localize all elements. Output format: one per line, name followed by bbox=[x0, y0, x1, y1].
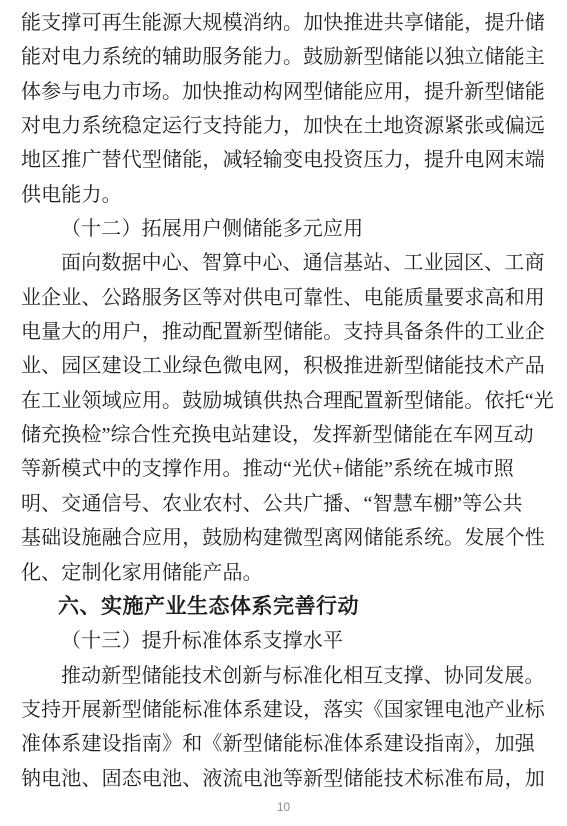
text-line: 能支撑可再生能源大规模消纳。加快推进共享储能，提升储 bbox=[21, 6, 545, 40]
text-line: 钠电池、固态电池、液流电池等新型储能技术标准布局，加 bbox=[21, 762, 545, 796]
paragraph-user-side-storage: 面向数据中心、智算中心、通信基站、工业园区、工商 业企业、公路服务区等对供电可靠… bbox=[21, 246, 545, 589]
section-subheading-12: （十二）拓展用户侧储能多元应用 bbox=[21, 212, 545, 246]
text-line: 等新模式中的支撑作用。推动“光伏+储能”系统在城市照 bbox=[21, 452, 545, 486]
section-heading-6: 六、实施产业生态体系完善行动 bbox=[21, 590, 545, 624]
text-line: 面向数据中心、智算中心、通信基站、工业园区、工商 bbox=[21, 246, 545, 280]
text-line: 化、定制化家用储能产品。 bbox=[21, 556, 545, 590]
text-line: 电量大的用户，推动配置新型储能。支持具备条件的工业企 bbox=[21, 315, 545, 349]
text-line: 明、交通信号、农业农村、公共广播、“智慧车棚”等公共 bbox=[21, 487, 545, 521]
text-line: 供电能力。 bbox=[21, 178, 545, 212]
text-line: 业企业、公路服务区等对供电可靠性、电能质量要求高和用 bbox=[21, 281, 545, 315]
section-subheading-13: （十三）提升标准体系支撑水平 bbox=[21, 624, 545, 658]
text-line: 准体系建设指南》和《新型储能标准体系建设指南》，加强 bbox=[21, 727, 545, 761]
page-number: 10 bbox=[0, 800, 567, 814]
text-line: 对电力系统稳定运行支持能力，加快在土地资源紧张或偏远 bbox=[21, 109, 545, 143]
text-line: 体参与电力市场。加快推动构网型储能应用，提升新型储能 bbox=[21, 75, 545, 109]
text-line: 能对电力系统的辅助服务能力。鼓励新型储能以独立储能主 bbox=[21, 40, 545, 74]
document-page: 能支撑可再生能源大规模消纳。加快推进共享储能，提升储 能对电力系统的辅助服务能力… bbox=[0, 0, 567, 826]
text-block: 能支撑可再生能源大规模消纳。加快推进共享储能，提升储 能对电力系统的辅助服务能力… bbox=[21, 6, 545, 796]
paragraph-standards: 推动新型储能技术创新与标准化相互支撑、协同发展。 支持开展新型储能标准体系建设，… bbox=[21, 659, 545, 796]
text-line: 推动新型储能技术创新与标准化相互支撑、协同发展。 bbox=[21, 659, 545, 693]
text-line: 地区推广替代型储能，减轻输变电投资压力，提升电网末端 bbox=[21, 143, 545, 177]
paragraph-continuation: 能支撑可再生能源大规模消纳。加快推进共享储能，提升储 能对电力系统的辅助服务能力… bbox=[21, 6, 545, 212]
text-line: 业、园区建设工业绿色微电网，积极推进新型储能技术产品 bbox=[21, 349, 545, 383]
text-line: 在工业领域应用。鼓励城镇供热合理配置新型储能。依托“光 bbox=[21, 384, 545, 418]
text-line: 支持开展新型储能标准体系建设，落实《国家锂电池产业标 bbox=[21, 693, 545, 727]
text-line: 基础设施融合应用，鼓励构建微型离网储能系统。发展个性 bbox=[21, 521, 545, 555]
text-line: 储充换检”综合性充换电站建设，发挥新型储能在车网互动 bbox=[21, 418, 545, 452]
